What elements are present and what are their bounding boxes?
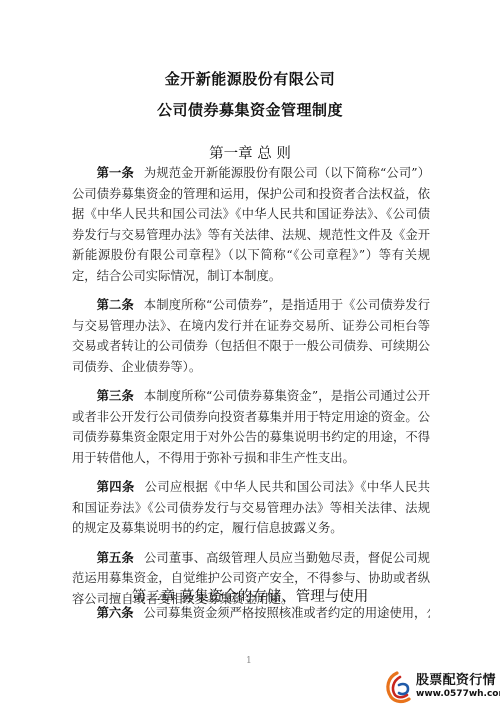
- article-label: 第二条: [97, 298, 134, 312]
- article-label: 第五条: [97, 551, 134, 565]
- document-title: 公司债券募集资金管理制度: [0, 99, 500, 120]
- article-text: 为规范金开新能源股份有限公司（以下简称“公司”）公司债券募集资金的管理和运用，保…: [72, 166, 430, 283]
- chapter-1-heading: 第一章 总 则: [0, 142, 500, 163]
- article-label: 第四条: [97, 480, 135, 494]
- article-3: 第三条本制度所称“公司债券募集资金”，是指公司通过公开或者非公开发行公司债券向投…: [72, 386, 430, 468]
- article-label: 第六条: [97, 606, 134, 620]
- page-number: 1: [246, 656, 252, 666]
- chapter-2-body: 第六条公司募集资金须严格按照核准或者约定的用途使用，公: [72, 603, 430, 624]
- article-label: 第三条: [97, 389, 134, 403]
- article-4: 第四条公司应根据《中华人民共和国公司法》《中华人民共和国证券法》《公司债券发行与…: [72, 477, 430, 539]
- watermark: 股票配资行情 www.0577wh.com: [383, 669, 500, 707]
- chapter-1-body: 第一条为规范金开新能源股份有限公司（以下简称“公司”）公司债券募集资金的管理和运…: [72, 163, 430, 609]
- company-title: 金开新能源股份有限公司: [0, 68, 500, 89]
- document-page: 金开新能源股份有限公司 公司债券募集资金管理制度 第一章 总 则 第一条为规范金…: [0, 0, 500, 707]
- watermark-name: 股票配资行情: [416, 669, 496, 688]
- watermark-logo-icon: [383, 670, 415, 704]
- article-text: 公司募集资金须严格按照核准或者约定的用途使用，公: [144, 606, 431, 620]
- article-2: 第二条本制度所称“公司债券”，是指适用于《公司债券发行与交易管理办法》、在境内发…: [72, 295, 430, 377]
- article-label: 第一条: [97, 166, 134, 180]
- watermark-url: www.0577wh.com: [416, 689, 500, 699]
- article-1: 第一条为规范金开新能源股份有限公司（以下简称“公司”）公司债券募集资金的管理和运…: [72, 163, 430, 286]
- article-6: 第六条公司募集资金须严格按照核准或者约定的用途使用，公: [72, 603, 430, 624]
